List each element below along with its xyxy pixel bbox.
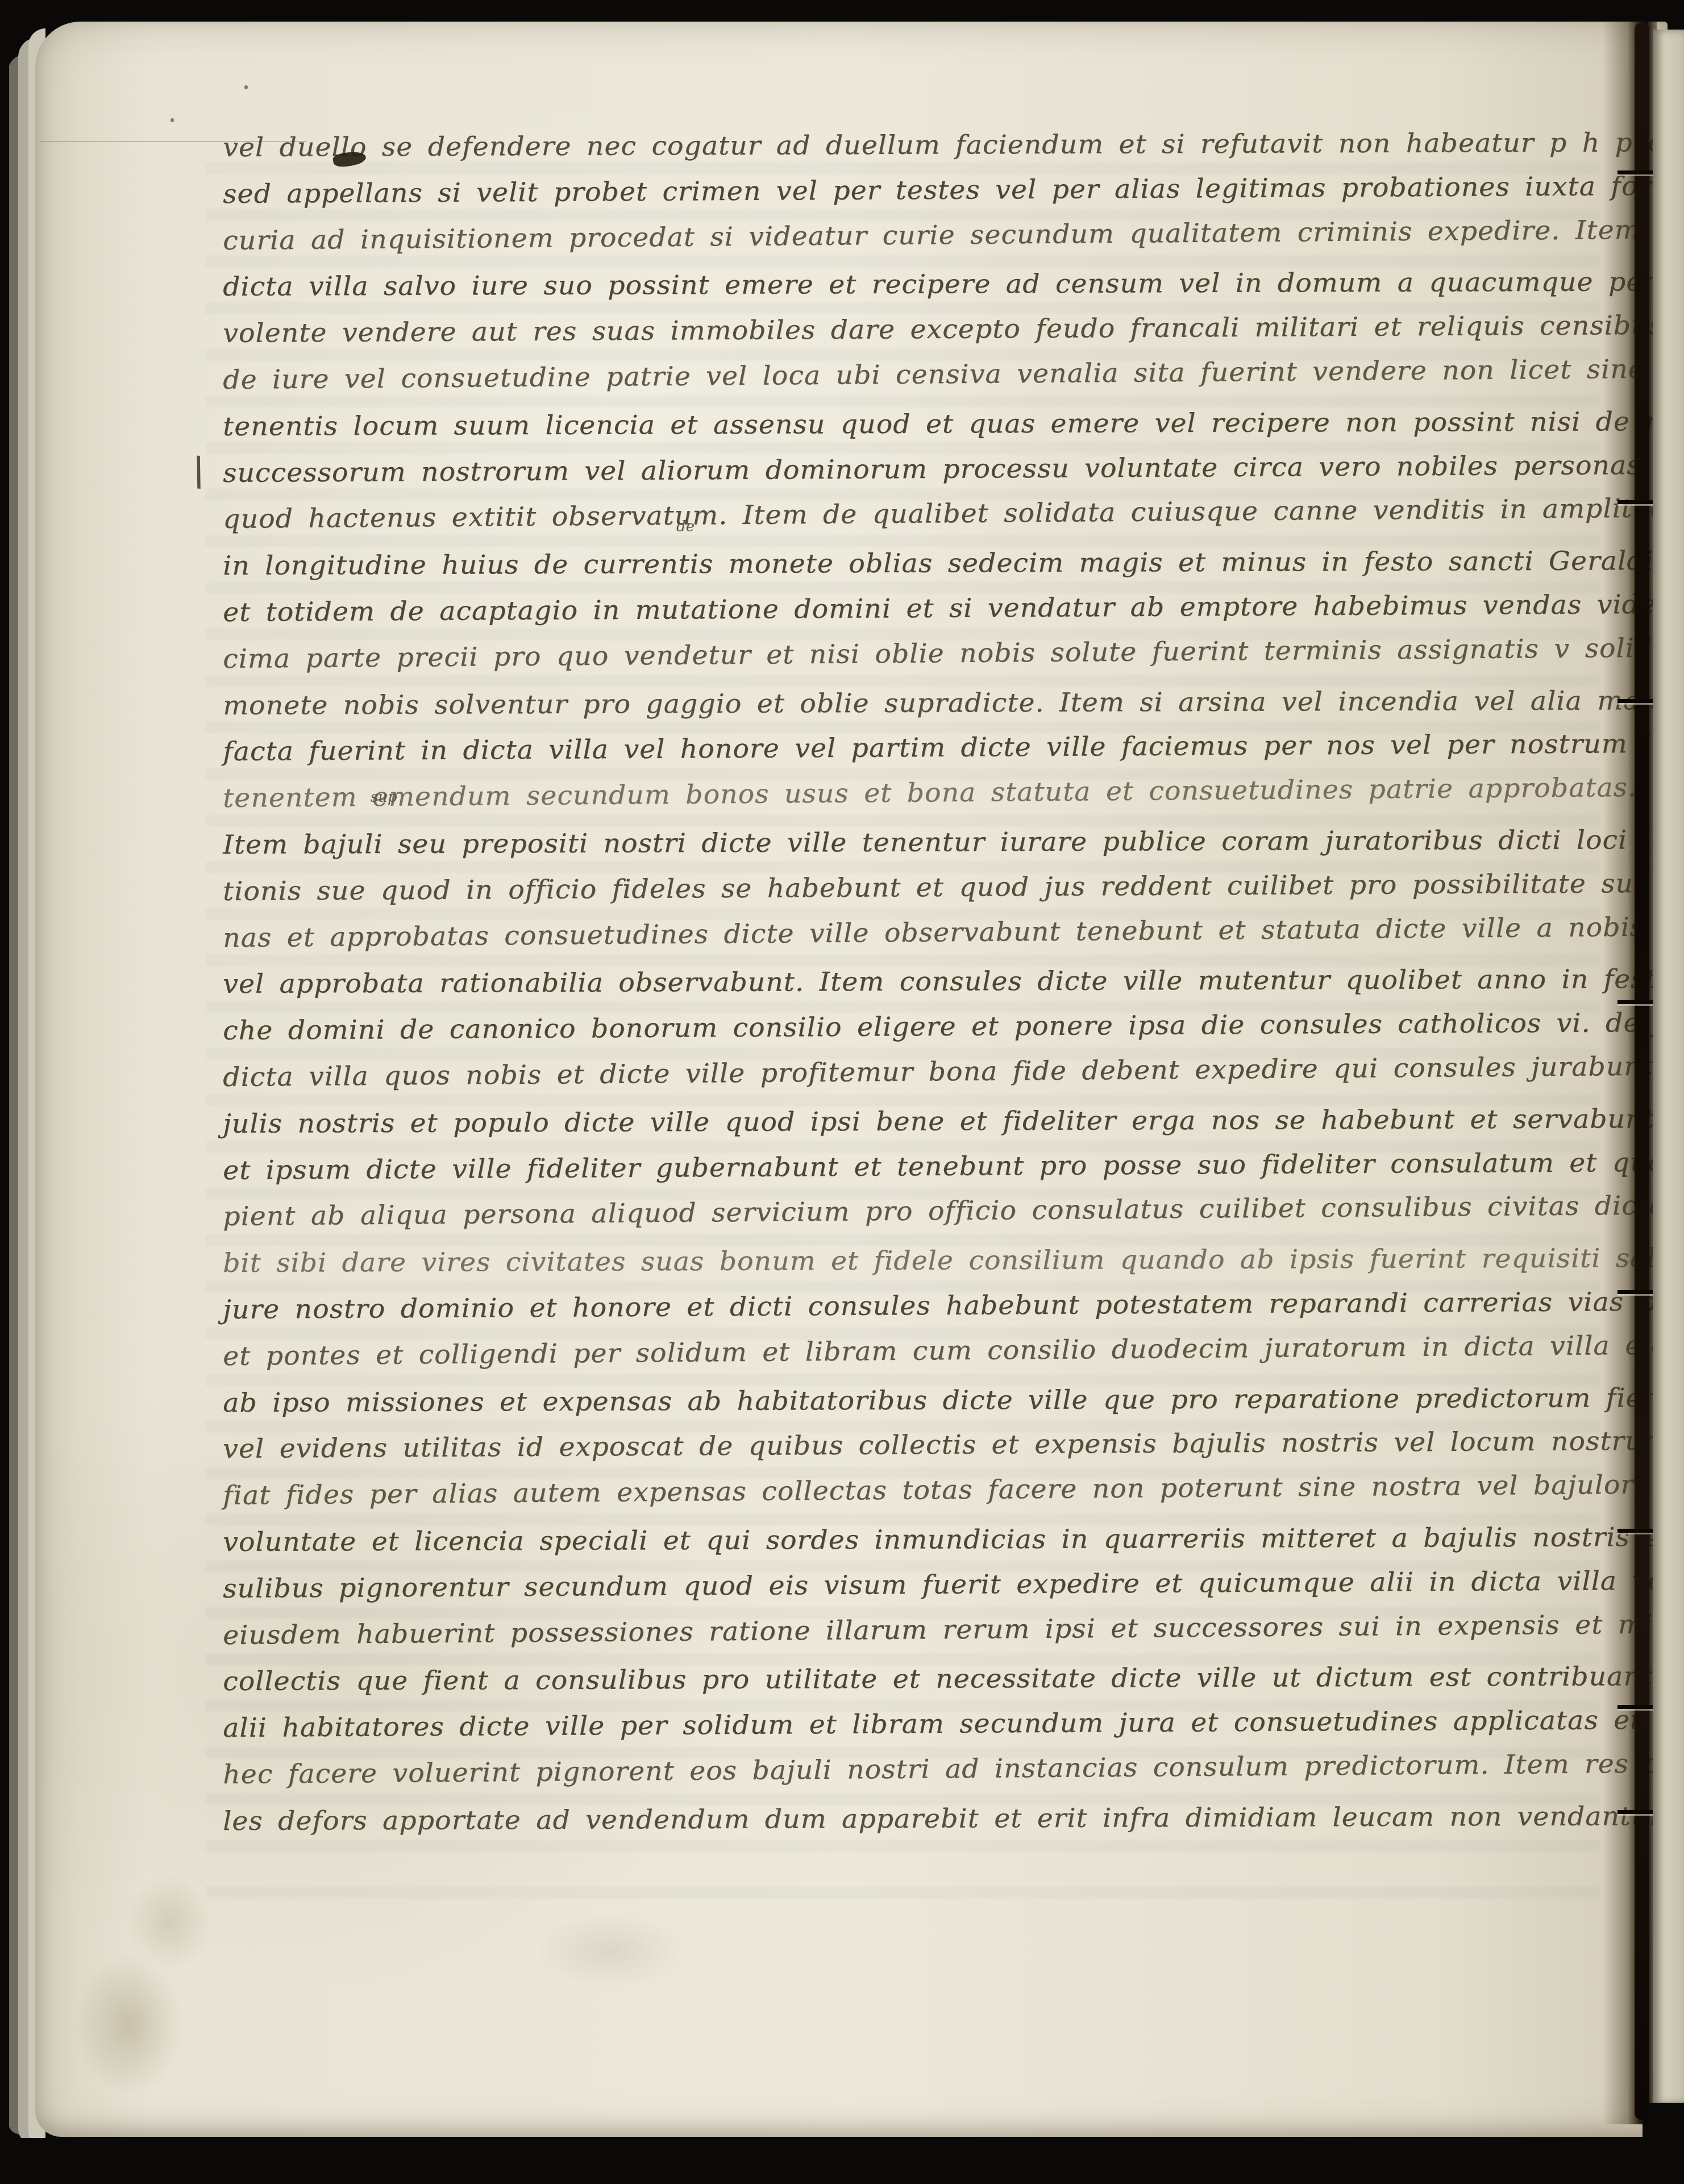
text-line: eiusdem habuerint possessiones ratione i… <box>223 1609 1684 1648</box>
text-line: hec facere voluerint pignorent eos bajul… <box>223 1749 1684 1787</box>
photo-background <box>1643 2103 1684 2184</box>
text-line: successorum nostrorum vel aliorum domino… <box>223 450 1684 486</box>
ink-speck <box>171 118 174 122</box>
text-line: et ipsum dicte ville fideliter gubernabu… <box>223 1148 1684 1183</box>
text-line: voluntate et licencia speciali et qui so… <box>223 1524 1684 1555</box>
text-line: tionis sue quod in officio fideles se ha… <box>223 869 1684 904</box>
text-line: pient ab aliqua persona aliquod serviciu… <box>223 1191 1684 1229</box>
text-line: de iure vel consuetudine patrie vel loca… <box>223 355 1684 393</box>
text-line: curia ad inquisitionem procedat si videa… <box>223 214 1684 253</box>
text-line: les defors apportate ad vendendum dum ap… <box>223 1803 1662 1834</box>
text-line: et pontes et colligendi per solidum et l… <box>223 1331 1684 1369</box>
text-line: dicta villa salvo iure suo possint emere… <box>223 268 1684 299</box>
text-line: quod hactenus extitit observatum. Item d… <box>223 493 1684 532</box>
text-line: ab ipso missiones et expensas ab habitat… <box>223 1383 1684 1416</box>
text-line: vel approbata rationabilia observabunt. … <box>223 966 1684 997</box>
parchment-stain <box>75 1954 183 2096</box>
text-line: monete nobis solventur pro gaggio et obl… <box>223 687 1684 718</box>
text-line: vel evidens utilitas id exposcat de quib… <box>223 1427 1684 1462</box>
interlinear-note: de <box>676 518 695 535</box>
text-line: sed appellans si velit probet crimen vel… <box>223 172 1684 207</box>
text-line: che domini de canonico bonorum consilio … <box>223 1008 1684 1043</box>
parchment-stain <box>126 1874 211 1971</box>
text-line: in longitudine huius de currentis monete… <box>223 547 1684 579</box>
text-line: jure nostro dominio et honore et dicti c… <box>223 1287 1684 1322</box>
text-block: vel duello se defendere nec cogatur ad d… <box>223 134 1604 1907</box>
parchment-stain <box>535 1914 683 1988</box>
next-folio-edge <box>1653 30 1684 2104</box>
text-line: collectis que fient a consulibus pro uti… <box>223 1663 1684 1694</box>
binding-gutter <box>1635 23 1649 2120</box>
photo-background <box>0 2138 1684 2184</box>
text-line: volente vendere aut res suas immobiles d… <box>223 311 1684 346</box>
text-line: julis nostris et populo dicte ville quod… <box>223 1105 1684 1137</box>
text-line: dicta villa quos nobis et dicte ville pr… <box>223 1053 1684 1090</box>
photo-background <box>0 0 1684 22</box>
text-line: nas et approbatas consuetudines dicte vi… <box>223 913 1684 951</box>
manuscript-photo: { "page": { "kind": "medieval manuscript… <box>0 0 1684 2184</box>
interlinear-note: sup <box>371 789 397 806</box>
text-line: tenentis locum suum licencia et assensu … <box>223 407 1684 439</box>
text-line: et totidem de acaptagio in mutatione dom… <box>223 590 1684 625</box>
text-line: cima parte precii pro quo vendetur et ni… <box>223 633 1684 672</box>
text-line: vel duello se defendere nec cogatur ad d… <box>223 129 1684 160</box>
text-line: fiat fides per alias autem expensas coll… <box>223 1470 1684 1508</box>
text-line: Item bajuli seu prepositi nostri dicte v… <box>223 825 1684 858</box>
ink-speck <box>244 85 248 89</box>
text-line: sulibus pignorentur secundum quod eis vi… <box>223 1566 1684 1601</box>
text-line: tenentem emendum secundum bonos usus et … <box>223 774 1637 811</box>
text-line: facta fuerint in dicta villa vel honore … <box>223 730 1684 764</box>
text-line: alii habitatores dicte ville per solidum… <box>223 1706 1684 1741</box>
text-line: bit sibi dare vires civitates suas bonum… <box>223 1244 1684 1276</box>
photo-background <box>0 0 9 2184</box>
